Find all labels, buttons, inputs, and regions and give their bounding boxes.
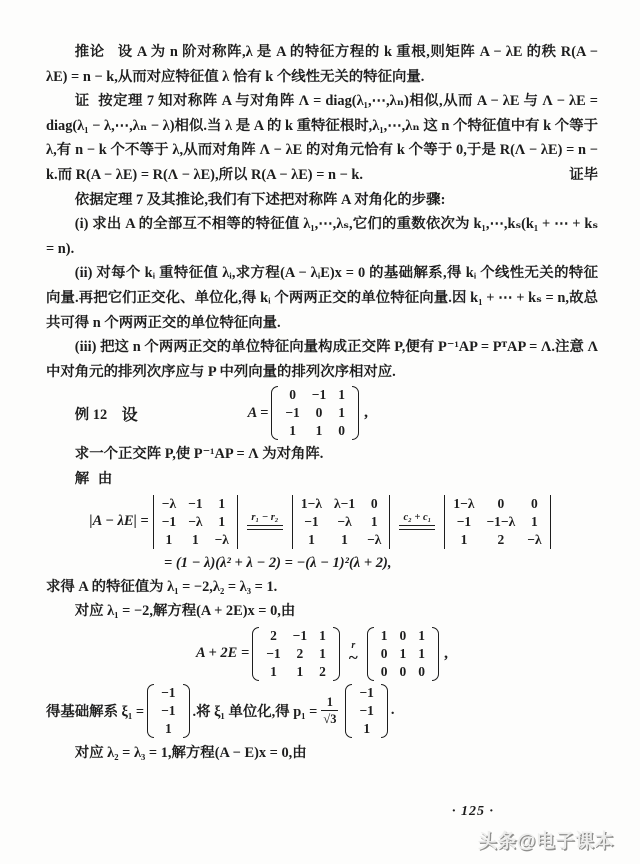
- matrix-cell: −λ: [521, 531, 547, 549]
- one-over-sqrt3-fraction: 1 √3: [321, 695, 338, 726]
- det-result-line: = (1 − λ)(λ² + λ − 2) = −(λ − 1)²(λ + 2)…: [164, 552, 598, 575]
- matrix-cell: 1: [155, 720, 181, 738]
- matrix-cell: −1: [156, 513, 182, 531]
- left-paren: [147, 684, 154, 738]
- matrix-a: 0−11−101110: [271, 386, 359, 440]
- det-bar: [292, 495, 293, 549]
- matrix-row: 110: [279, 422, 351, 440]
- reduced-matrix: 101011000: [367, 627, 439, 681]
- matrix-cell: 1: [521, 513, 547, 531]
- matrix-cell: −1: [306, 386, 332, 404]
- determinant-chain: |A − λE| = −λ−11−1−λ111−λ r₁ − r₂ 1−λλ−1…: [46, 495, 598, 549]
- matrix-row: 1−λλ−10: [295, 495, 387, 513]
- matrix-cell: 1: [156, 531, 182, 549]
- matrix-cell: −λ: [328, 513, 361, 531]
- matrix-cell: −1: [155, 684, 181, 702]
- double-rule: [399, 525, 435, 530]
- det-2: 1−λλ−10−1−λ111−λ: [290, 495, 392, 549]
- matrix-cell: −1: [279, 404, 305, 422]
- basis-end-period: .: [391, 702, 395, 719]
- det-3-body: 1−λ00−1−1−λ112−λ: [447, 495, 547, 549]
- basis-mid-text: .将 ξ₁ 单位化,得 p₁ =: [193, 700, 318, 721]
- a-plus-2e-equation: A + 2E = 2−11−121112 r ~ 101011000 ,: [46, 627, 598, 681]
- matrix-cell: 1: [279, 422, 305, 440]
- det-2-body: 1−λλ−10−1−λ111−λ: [295, 495, 387, 549]
- reduced-matrix-body: 101011000: [375, 627, 431, 681]
- matrix-row: −1−λ1: [156, 513, 235, 531]
- qed-label: 证毕: [540, 163, 598, 188]
- matrix-a-comma: ,: [364, 404, 368, 422]
- matrix-cell: 1: [260, 663, 286, 681]
- p1-vector: −1−11: [345, 684, 387, 738]
- basis-pre-text: 得基础解系 ξ₁ =: [46, 700, 144, 721]
- matrix-row: −1−1−λ1: [447, 513, 547, 531]
- matrix-row: 000: [375, 663, 431, 681]
- matrix-cell: 1: [328, 531, 361, 549]
- matrix-row: 1−λ00: [447, 495, 547, 513]
- row-equivalence-tilde: r ~: [349, 642, 358, 665]
- matrix-cell: 1: [209, 513, 235, 531]
- paragraph-proof: 证按定理 7 知对称阵 A 与对角阵 Λ = diag(λ₁,⋯,λₙ)相似,从…: [46, 89, 598, 187]
- matrix-cell: 0: [306, 404, 332, 422]
- solve-label: 解: [75, 471, 89, 487]
- matrix-row: 0−11: [279, 386, 351, 404]
- paragraph-step-i: (i) 求出 A 的全部互不相等的特征值 λ₁,⋯,λₛ,它们的重数依次为 k₁…: [46, 212, 598, 261]
- matrix-cell: 1: [287, 663, 313, 681]
- left-paren: [345, 684, 352, 738]
- matrix-row: −1: [155, 684, 181, 702]
- matrix-cell: 1: [295, 531, 328, 549]
- xi1-vector-body: −1−11: [155, 684, 181, 738]
- det-bar: [237, 495, 238, 549]
- matrix-cell: 2: [313, 663, 332, 681]
- matrix-cell: −1: [353, 702, 379, 720]
- right-paren: [352, 386, 359, 440]
- matrix-cell: 1: [306, 422, 332, 440]
- matrix-cell: 1: [412, 627, 431, 645]
- matrix-cell: 2: [480, 531, 521, 549]
- right-paren: [333, 627, 340, 681]
- matrix-row: 11−λ: [295, 531, 387, 549]
- det-bar: [389, 495, 390, 549]
- example-12-label: 例 12: [75, 403, 107, 424]
- matrix-cell: 1: [313, 627, 332, 645]
- paragraph-corollary: 推论设 A 为 n 阶对称阵,λ 是 A 的特征方程的 k 重根,则矩阵 A −…: [46, 40, 598, 89]
- matrix-row: 011: [375, 645, 431, 663]
- paragraph-step-ii: (ii) 对每个 kᵢ 重特征值 λᵢ,求方程(A − λᵢE)x = 0 的基…: [46, 261, 598, 335]
- matrix-cell: 1: [182, 531, 208, 549]
- xi1-vector: −1−11: [147, 684, 189, 738]
- matrix-cell: 0: [521, 495, 547, 513]
- det-lhs: |A − λE| =: [89, 513, 148, 530]
- col-op-equals: c₂ + c₁: [399, 513, 435, 531]
- matrix-cell: 2: [260, 627, 286, 645]
- matrix-row: −1: [353, 702, 379, 720]
- left-paren: [367, 627, 374, 681]
- matrix-row: −1: [353, 684, 379, 702]
- solve-lead: 由: [98, 471, 112, 487]
- matrix-cell: 0: [412, 663, 431, 681]
- matrix-cell: 1: [332, 404, 351, 422]
- matrix-cell: 0: [480, 495, 521, 513]
- matrix-row: 1: [155, 720, 181, 738]
- basis-vector-line: 得基础解系 ξ₁ = −1−11 .将 ξ₁ 单位化,得 p₁ = 1 √3 −…: [46, 684, 598, 738]
- textbook-page: 推论设 A 为 n 阶对称阵,λ 是 A 的特征方程的 k 重根,则矩阵 A −…: [0, 0, 640, 864]
- paragraph-step-iii: (iii) 把这 n 个两两正交的单位特征向量构成正交阵 P,便有 P⁻¹AP …: [46, 335, 598, 384]
- matrix-cell: 1: [209, 495, 235, 513]
- matrix-cell: 0: [361, 495, 387, 513]
- matrix-cell: 1−λ: [447, 495, 480, 513]
- row-op-label: r₁ − r₂: [251, 513, 278, 524]
- det-1: −λ−11−1−λ111−λ: [151, 495, 240, 549]
- matrix-cell: −λ: [182, 513, 208, 531]
- paragraph-eigenvalues: 求得 A 的特征值为 λ₁ = −2,λ₂ = λ₃ = 1.: [46, 575, 598, 600]
- watermark: 头条@电子课本: [478, 826, 614, 853]
- matrix-row: −121: [260, 645, 332, 663]
- paragraph-ask: 求一个正交阵 P,使 P⁻¹AP = Λ 为对角阵.: [46, 442, 598, 467]
- matrix-cell: −1: [295, 513, 328, 531]
- paragraph-steps-intro: 依据定理 7 及其推论,我们有下述把对称阵 A 对角化的步骤:: [46, 188, 598, 213]
- det-3: 1−λ00−1−1−λ112−λ: [442, 495, 552, 549]
- matrix-cell: λ−1: [328, 495, 361, 513]
- left-paren: [252, 627, 259, 681]
- fraction-numerator: 1: [327, 695, 333, 709]
- matrix-a-lhs: A =: [248, 405, 269, 422]
- corollary-label: 推论: [75, 44, 105, 60]
- matrix-cell: 1: [412, 645, 431, 663]
- example-12-row: 例 12 设 A = 0−11−101110 ,: [46, 386, 598, 440]
- matrix-cell: 1: [375, 627, 394, 645]
- matrix-cell: −1: [353, 684, 379, 702]
- matrix-cell: 1: [361, 513, 387, 531]
- tilde-symbol: ~: [349, 650, 358, 665]
- right-paren: [432, 627, 439, 681]
- proof-label: 证: [75, 93, 90, 109]
- page-content: 推论设 A 为 n 阶对称阵,λ 是 A 的特征方程的 k 重根,则矩阵 A −…: [0, 0, 640, 765]
- col-op-label: c₂ + c₁: [403, 513, 431, 524]
- matrix-a-body: 0−11−101110: [279, 386, 351, 440]
- matrix-row: −1−λ1: [295, 513, 387, 531]
- matrix-cell: 0: [279, 386, 305, 404]
- left-paren: [271, 386, 278, 440]
- matrix-cell: 0: [375, 663, 394, 681]
- paragraph-solve: 解由: [46, 467, 598, 492]
- det-bar: [444, 495, 445, 549]
- matrix-cell: −λ: [361, 531, 387, 549]
- matrix-cell: 1: [393, 645, 412, 663]
- a-plus-2e-matrix: 2−11−121112: [252, 627, 340, 681]
- a-plus-2e-body: 2−11−121112: [260, 627, 332, 681]
- proof-text: 按定理 7 知对称阵 A 与对角阵 Λ = diag(λ₁,⋯,λₙ)相似,从而…: [46, 93, 598, 183]
- right-paren: [381, 684, 388, 738]
- matrix-row: −101: [279, 404, 351, 422]
- det-1-body: −λ−11−1−λ111−λ: [156, 495, 235, 549]
- matrix-row: 1: [353, 720, 379, 738]
- matrix-cell: 1: [353, 720, 379, 738]
- a-plus-2e-lhs: A + 2E =: [196, 645, 249, 662]
- matrix-cell: −1: [287, 627, 313, 645]
- matrix-cell: −λ: [209, 531, 235, 549]
- p1-vector-body: −1−11: [353, 684, 379, 738]
- matrix-cell: 0: [332, 422, 351, 440]
- det-bar: [153, 495, 154, 549]
- matrix-cell: 2: [287, 645, 313, 663]
- fraction-denominator: √3: [321, 710, 338, 726]
- right-paren: [183, 684, 190, 738]
- paragraph-case1-intro: 对应 λ₁ = −2,解方程(A + 2E)x = 0,由: [46, 599, 598, 624]
- matrix-row: 2−11: [260, 627, 332, 645]
- equation-comma: ,: [444, 645, 448, 663]
- matrix-cell: 1: [313, 645, 332, 663]
- det-bar: [550, 495, 551, 549]
- matrix-cell: 0: [393, 663, 412, 681]
- matrix-cell: 1−λ: [295, 495, 328, 513]
- matrix-cell: −1: [155, 702, 181, 720]
- matrix-row: −λ−11: [156, 495, 235, 513]
- matrix-cell: 1: [447, 531, 480, 549]
- matrix-row: 12−λ: [447, 531, 547, 549]
- paragraph-case2-intro: 对应 λ₂ = λ₃ = 1,解方程(A − E)x = 0,由: [46, 741, 598, 766]
- example-12-lead: 设: [122, 402, 138, 425]
- matrix-cell: 1: [332, 386, 351, 404]
- matrix-row: −1: [155, 702, 181, 720]
- row-op-equals: r₁ − r₂: [247, 513, 283, 531]
- page-number: · 125 ·: [452, 804, 494, 820]
- matrix-a-equation: A = 0−11−101110 ,: [248, 386, 488, 440]
- matrix-cell: −λ: [156, 495, 182, 513]
- matrix-cell: 0: [375, 645, 394, 663]
- matrix-row: 101: [375, 627, 431, 645]
- matrix-row: 112: [260, 663, 332, 681]
- matrix-cell: −1: [182, 495, 208, 513]
- matrix-row: 11−λ: [156, 531, 235, 549]
- matrix-cell: −1: [260, 645, 286, 663]
- double-rule: [247, 525, 283, 530]
- matrix-cell: −1: [447, 513, 480, 531]
- matrix-cell: −1−λ: [480, 513, 521, 531]
- matrix-cell: 0: [393, 627, 412, 645]
- corollary-text: 设 A 为 n 阶对称阵,λ 是 A 的特征方程的 k 重根,则矩阵 A − λ…: [46, 44, 598, 85]
